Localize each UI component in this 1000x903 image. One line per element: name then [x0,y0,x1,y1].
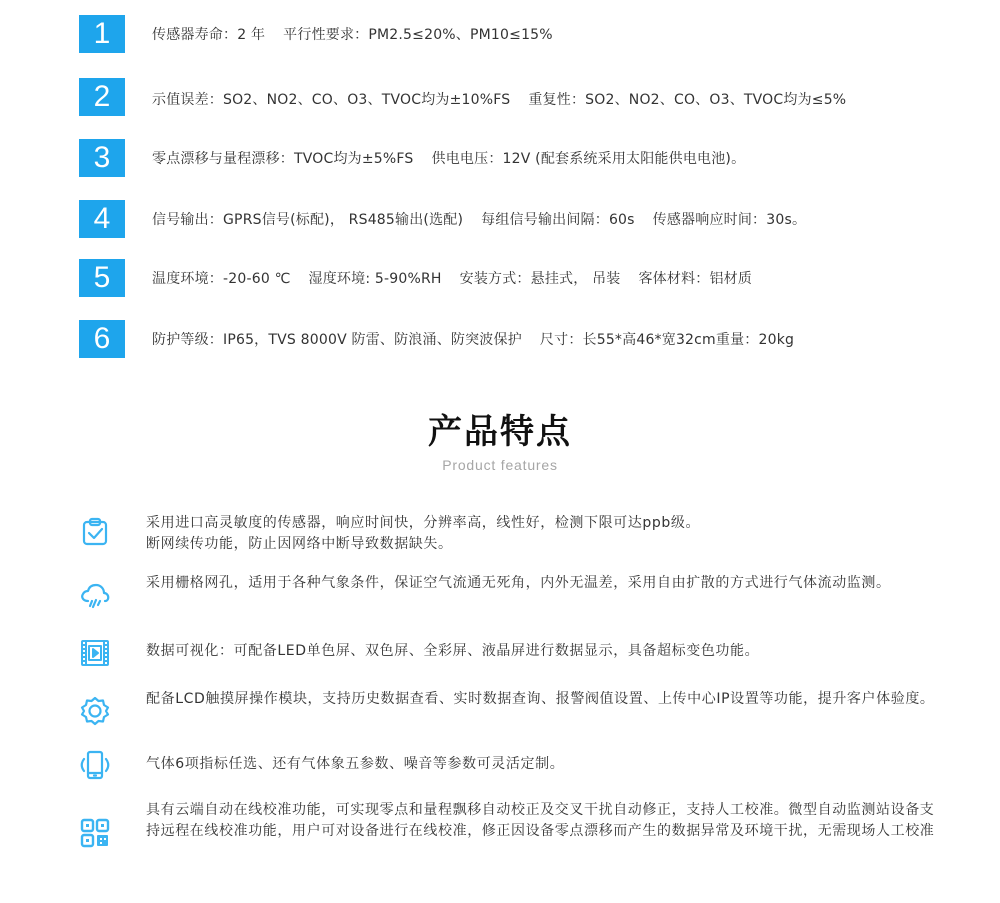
spec-item: 客体材料：铝材质 [638,271,752,287]
spec-row-1: 1 传感器寿命：2 年平行性要求：PM2.5≤20%、PM10≤15% [79,15,571,53]
spec-item: 防护等级：IP65，TVS 8000V 防雷、防浪涌、防突波保护 [152,332,522,348]
number-badge: 5 [79,259,125,297]
spec-item: 示值误差：SO2、NO2、CO、O3、TVOC均为±10%FS [152,92,510,108]
spec-text: 示值误差：SO2、NO2、CO、O3、TVOC均为±10%FS重复性：SO2、N… [152,89,864,109]
number-badge: 2 [79,78,125,116]
spec-row-2: 2 示值误差：SO2、NO2、CO、O3、TVOC均为±10%FS重复性：SO2… [79,78,864,116]
spec-text: 零点漂移与量程漂移：TVOC均为±5%FS供电电压：12V (配套系统采用太阳能… [152,148,763,168]
spec-item: 尺寸：长55*高46*宽32cm重量：20kg [540,332,794,348]
feature-text: 采用栅格网孔，适用于各种气象条件，保证空气流通无死角，内外无温差，采用自由扩散的… [146,573,936,594]
spec-item: 重复性：SO2、NO2、CO、O3、TVOC均为≤5% [528,92,846,108]
spec-item: 供电电压：12V (配套系统采用太阳能供电电池)。 [432,151,746,167]
spec-item: 平行性要求：PM2.5≤20%、PM10≤15% [283,27,553,43]
spec-text: 传感器寿命：2 年平行性要求：PM2.5≤20%、PM10≤15% [152,24,571,44]
spec-item: 每组信号输出间隔：60s [481,212,635,228]
spec-text: 温度环境：-20-60 ℃湿度环境: 5-90%RH安装方式：悬挂式， 吊装客体… [152,268,770,288]
spec-item: 信号输出：GPRS信号(标配)， RS485输出(选配) [152,212,463,228]
cloud-rain-icon [79,579,111,611]
section-title: 产品特点 [0,404,1000,453]
spec-text: 信号输出：GPRS信号(标配)， RS485输出(选配)每组信号输出间隔：60s… [152,209,824,229]
spec-row-6: 6 防护等级：IP65，TVS 8000V 防雷、防浪涌、防突波保护尺寸：长55… [79,320,812,358]
spec-text: 防护等级：IP65，TVS 8000V 防雷、防浪涌、防突波保护尺寸：长55*高… [152,329,812,349]
gear-icon [79,695,111,727]
spec-item: 传感器寿命：2 年 [152,27,265,43]
spec-row-3: 3 零点漂移与量程漂移：TVOC均为±5%FS供电电压：12V (配套系统采用太… [79,139,763,177]
spec-row-4: 4 信号输出：GPRS信号(标配)， RS485输出(选配)每组信号输出间隔：6… [79,200,824,238]
feature-text: 数据可视化：可配备LED单色屏、双色屏、全彩屏、液晶屏进行数据显示，具备超标变色… [146,641,936,662]
number-badge: 6 [79,320,125,358]
clipboard-check-icon [79,516,111,548]
video-screen-icon [79,637,111,669]
qr-code-icon [79,817,111,849]
spec-item: 安装方式：悬挂式， 吊装 [460,271,621,287]
number-badge: 1 [79,15,125,53]
feature-text: 具有云端自动在线校准功能，可实现零点和量程飘移自动校正及交叉干扰自动修正，支持人… [146,800,936,842]
feature-text: 气体6项指标任选、还有气体象五参数、噪音等参数可灵活定制。 [146,754,936,775]
feature-text: 配备LCD触摸屏操作模块，支持历史数据查看、实时数据查询、报警阀值设置、上传中心… [146,689,936,710]
spec-row-5: 5 温度环境：-20-60 ℃湿度环境: 5-90%RH安装方式：悬挂式， 吊装… [79,259,770,297]
spec-item: 零点漂移与量程漂移：TVOC均为±5%FS [152,151,414,167]
spec-item: 传感器响应时间：30s。 [653,212,807,228]
spec-item: 湿度环境: 5-90%RH [309,271,442,287]
phone-vibrate-icon [79,749,111,781]
number-badge: 4 [79,200,125,238]
number-badge: 3 [79,139,125,177]
feature-text: 采用进口高灵敏度的传感器，响应时间快，分辨率高，线性好，检测下限可达ppb级。 … [146,513,936,555]
spec-item: 温度环境：-20-60 ℃ [152,271,291,287]
section-subtitle: Product features [0,457,1000,473]
